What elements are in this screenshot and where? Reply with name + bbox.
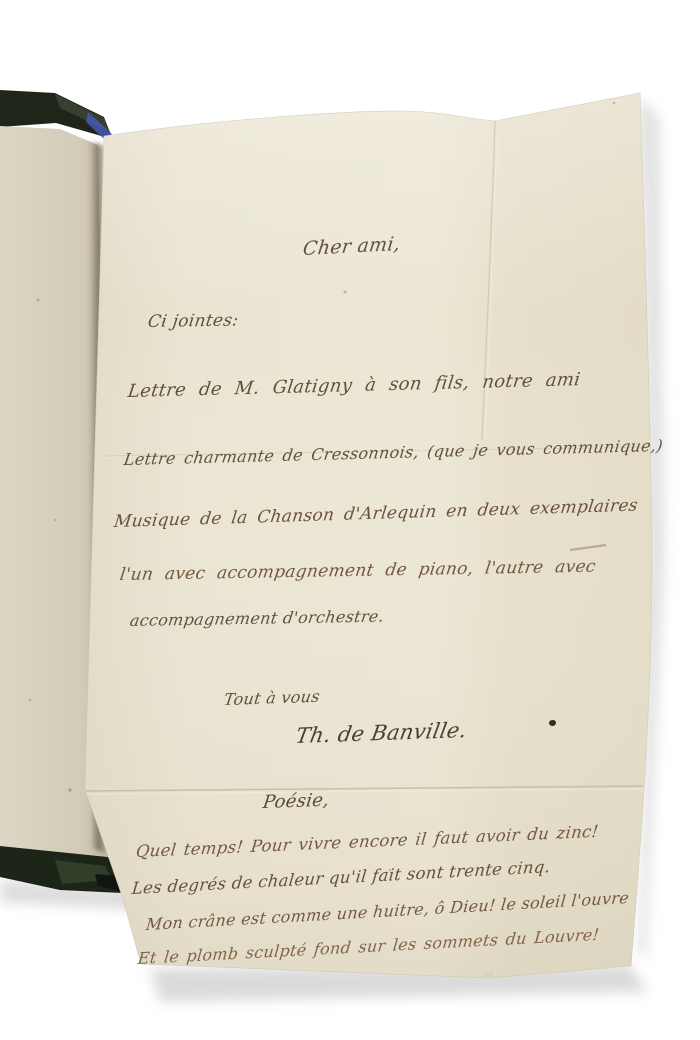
page-speckle xyxy=(29,699,32,702)
page-speckle xyxy=(37,299,40,302)
page-speckle xyxy=(54,519,56,521)
list-intro-line: Ci jointes: xyxy=(147,310,240,332)
paper-speckle xyxy=(613,102,616,105)
poem-title: Poésie, xyxy=(262,790,331,813)
closing-line: Tout à vous xyxy=(223,687,322,709)
paper-speckle xyxy=(344,291,347,294)
photo-of-letter: Cher ami, Ci jointes: Lettre de M. Glati… xyxy=(0,0,700,1040)
page-speckle xyxy=(68,788,71,791)
